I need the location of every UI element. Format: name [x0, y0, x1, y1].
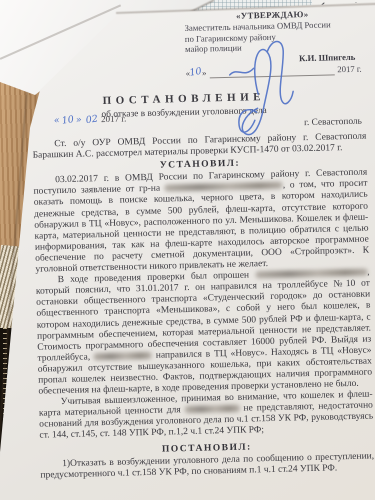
handwritten-month: 02: [85, 113, 99, 126]
signature-scribble: [193, 33, 331, 141]
year-text: 2017 г.: [101, 113, 126, 124]
left-dateline: «10» 02 2017 г.: [53, 113, 127, 126]
redacted-name-blur: [94, 352, 152, 360]
body-paragraph-3: Учитывая вышеизложенное, принимая во вни…: [39, 390, 374, 443]
document-text: «УТВЕРЖДАЮ» Заместитель начальника ОМВД …: [0, 0, 375, 500]
quote-mark: «: [53, 115, 60, 127]
body-paragraph-2: В ходе проведения проверки был опрошен ,…: [36, 268, 373, 398]
quote-mark: »: [75, 114, 82, 126]
photo-of-document: «УТВЕРЖДАЮ» Заместитель начальника ОМВД …: [0, 0, 375, 500]
redacted-name-blur: [165, 182, 283, 192]
document-body: Ст. о/у ОУР ОМВД России по Гагаринскому …: [32, 132, 374, 482]
year-text: 2017 г.: [337, 64, 362, 75]
redacted-name-blur: [255, 269, 367, 279]
handwritten-day: 10: [61, 114, 75, 127]
body-paragraph-1: 03.02.2017 г. в ОМВД России по Гагаринск…: [33, 168, 369, 276]
redacted-name-blur: [185, 405, 240, 413]
